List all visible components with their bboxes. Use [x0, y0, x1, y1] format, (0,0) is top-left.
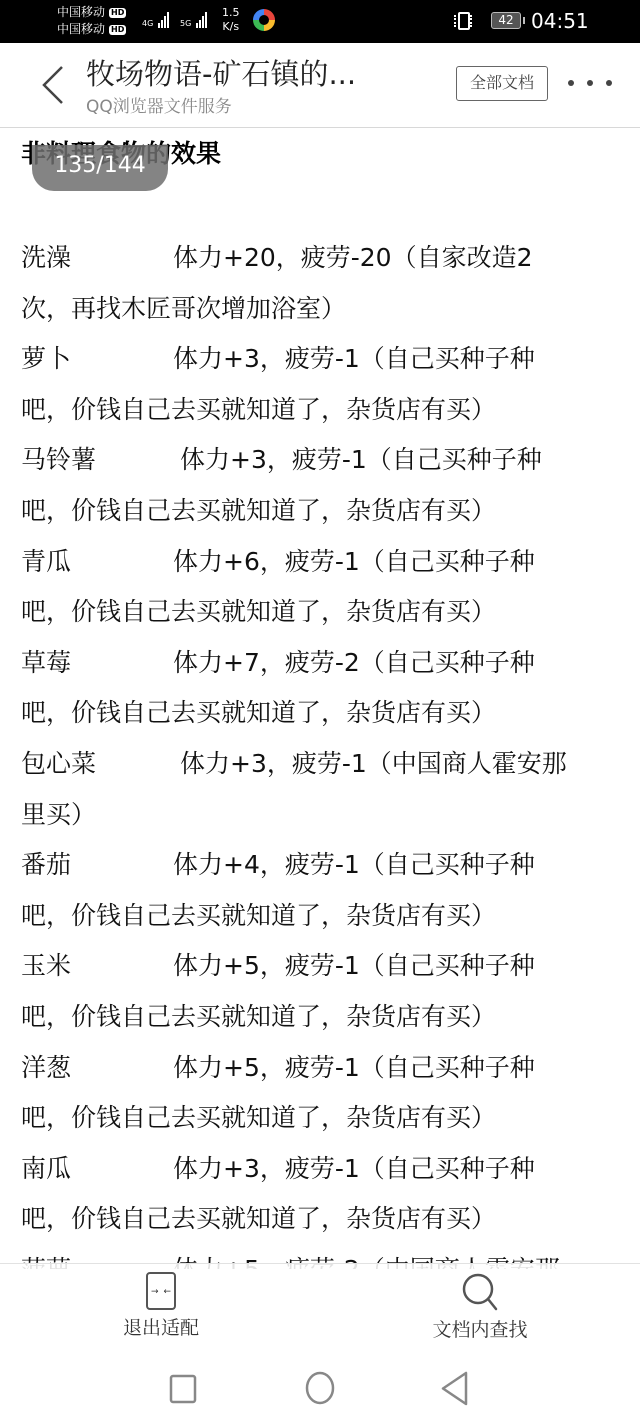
signal-5g-icon: 5G	[180, 10, 207, 28]
item-name: 青瓜	[21, 537, 173, 588]
item-effect: 体力+3，疲劳-1（中国商人霍安那	[180, 749, 567, 778]
item-effect: 体力+20，疲劳-20（自家改造2	[173, 243, 533, 272]
item-effect: 体力+3，疲劳-1（自己买种子种	[173, 344, 535, 373]
document-viewer[interactable]: 非料理食物的效果 135/144 洗澡体力+20，疲劳-20（自家改造2 次，再…	[0, 129, 640, 1269]
list-item: 青瓜体力+6，疲劳-1（自己买种子种 吧，价钱自己去买就知道了，杂货店有买）	[21, 537, 621, 638]
app-header: 牧场物语-矿石镇的... QQ浏览器文件服务 全部文档	[0, 43, 640, 128]
list-item: 玉米体力+5，疲劳-1（自己买种子种 吧，价钱自己去买就知道了，杂货店有买）	[21, 941, 621, 1042]
list-item: 马铃薯体力+3，疲劳-1（自己买种子种 吧，价钱自己去买就知道了，杂货店有买）	[21, 435, 621, 536]
item-note: 吧，价钱自己去买就知道了，杂货店有买）	[21, 688, 621, 739]
item-note: 吧，价钱自己去买就知道了，杂货店有买）	[21, 891, 621, 942]
document-title: 牧场物语-矿石镇的...	[86, 56, 356, 92]
item-note: 吧，价钱自己去买就知道了，杂货店有买）	[21, 486, 621, 537]
carrier-2-label: 中国移动	[57, 21, 105, 38]
item-name: 洗澡	[21, 233, 173, 284]
item-name: 包心菜	[21, 739, 180, 790]
bottom-toolbar: →← 退出适配 文档内查找	[0, 1263, 640, 1355]
item-name: 玉米	[21, 941, 173, 992]
recent-apps-icon[interactable]	[165, 1370, 201, 1406]
item-effect: 体力+6，疲劳-1（自己买种子种	[173, 547, 535, 576]
all-documents-button[interactable]: 全部文档	[456, 66, 548, 101]
dot-icon	[587, 80, 593, 86]
vibrate-icon	[458, 12, 470, 30]
back-button[interactable]	[36, 63, 70, 107]
find-in-document-label: 文档内查找	[425, 1318, 535, 1342]
more-options-button[interactable]	[568, 73, 612, 93]
system-nav-bar	[0, 1355, 640, 1422]
item-note: 吧，价钱自己去买就知道了，杂货店有买）	[21, 1194, 621, 1245]
entry-list: 洗澡体力+20，疲劳-20（自家改造2 次，再找木匠哥次增加浴室） 萝卜体力+3…	[21, 233, 621, 1269]
item-note: 吧，价钱自己去买就知道了，杂货店有买）	[21, 1093, 621, 1144]
list-item: 洋葱体力+5，疲劳-1（自己买种子种 吧，价钱自己去买就知道了，杂货店有买）	[21, 1043, 621, 1144]
item-note: 吧，价钱自己去买就知道了，杂货店有买）	[21, 385, 621, 436]
document-source: QQ浏览器文件服务	[86, 96, 232, 118]
list-item: 番茄体力+4，疲劳-1（自己买种子种 吧，价钱自己去买就知道了，杂货店有买）	[21, 840, 621, 941]
exit-fit-button[interactable]: →← 退出适配	[117, 1272, 205, 1340]
battery-icon: 42	[491, 12, 521, 29]
page-indicator: 135/144	[32, 145, 168, 191]
back-nav-icon[interactable]	[437, 1370, 473, 1406]
list-item: 南瓜体力+3，疲劳-1（自己买种子种 吧，价钱自己去买就知道了，杂货店有买）	[21, 1144, 621, 1245]
item-effect: 体力+5，疲劳-1（自己买种子种	[173, 951, 535, 980]
exit-fit-icon: →←	[146, 1272, 176, 1310]
find-in-document-button[interactable]: 文档内查找	[425, 1272, 535, 1342]
item-effect: 体力+4，疲劳-1（自己买种子种	[173, 850, 535, 879]
clock: 04:51	[531, 9, 589, 33]
exit-fit-label: 退出适配	[117, 1316, 205, 1340]
item-note: 吧，价钱自己去买就知道了，杂货店有买）	[21, 992, 621, 1043]
list-item: 草莓体力+7，疲劳-2（自己买种子种 吧，价钱自己去买就知道了，杂货店有买）	[21, 638, 621, 739]
item-name: 马铃薯	[21, 435, 180, 486]
carrier-1-label: 中国移动	[57, 4, 105, 21]
dot-icon	[568, 80, 574, 86]
item-name: 草莓	[21, 638, 173, 689]
dot-icon	[606, 80, 612, 86]
hd-badge: HD	[109, 25, 126, 35]
item-effect: 体力+7，疲劳-2（自己买种子种	[173, 648, 535, 677]
chevron-left-icon	[36, 63, 70, 107]
item-name: 番茄	[21, 840, 173, 891]
item-note: 吧，价钱自己去买就知道了，杂货店有买）	[21, 587, 621, 638]
item-name: 洋葱	[21, 1043, 173, 1094]
search-icon	[460, 1272, 500, 1312]
app-notification-icon	[253, 9, 275, 31]
hd-badge: HD	[109, 8, 126, 18]
network-speed: 1.5 K/s	[222, 6, 240, 34]
carrier-info: 中国移动 HD 中国移动 HD	[57, 4, 126, 38]
home-icon[interactable]	[302, 1370, 338, 1406]
list-item: 洗澡体力+20，疲劳-20（自家改造2 次，再找木匠哥次增加浴室）	[21, 233, 621, 334]
list-item: 萝卜体力+3，疲劳-1（自己买种子种 吧，价钱自己去买就知道了，杂货店有买）	[21, 334, 621, 435]
item-name: 萝卜	[21, 334, 173, 385]
list-item: 包心菜体力+3，疲劳-1（中国商人霍安那 里买）	[21, 739, 621, 840]
item-effect: 体力+3，疲劳-1（自己买种子种	[173, 1154, 535, 1183]
item-note: 次，再找木匠哥次增加浴室）	[21, 284, 621, 335]
signal-4g-icon: 4G	[142, 10, 169, 28]
item-effect: 体力+3，疲劳-1（自己买种子种	[180, 445, 542, 474]
item-note: 里买）	[21, 790, 621, 841]
item-effect: 体力+5，疲劳-1（自己买种子种	[173, 1053, 535, 1082]
status-bar: 中国移动 HD 中国移动 HD 4G 5G 1.5 K/s 42 04:51	[0, 0, 640, 43]
item-name: 南瓜	[21, 1144, 173, 1195]
